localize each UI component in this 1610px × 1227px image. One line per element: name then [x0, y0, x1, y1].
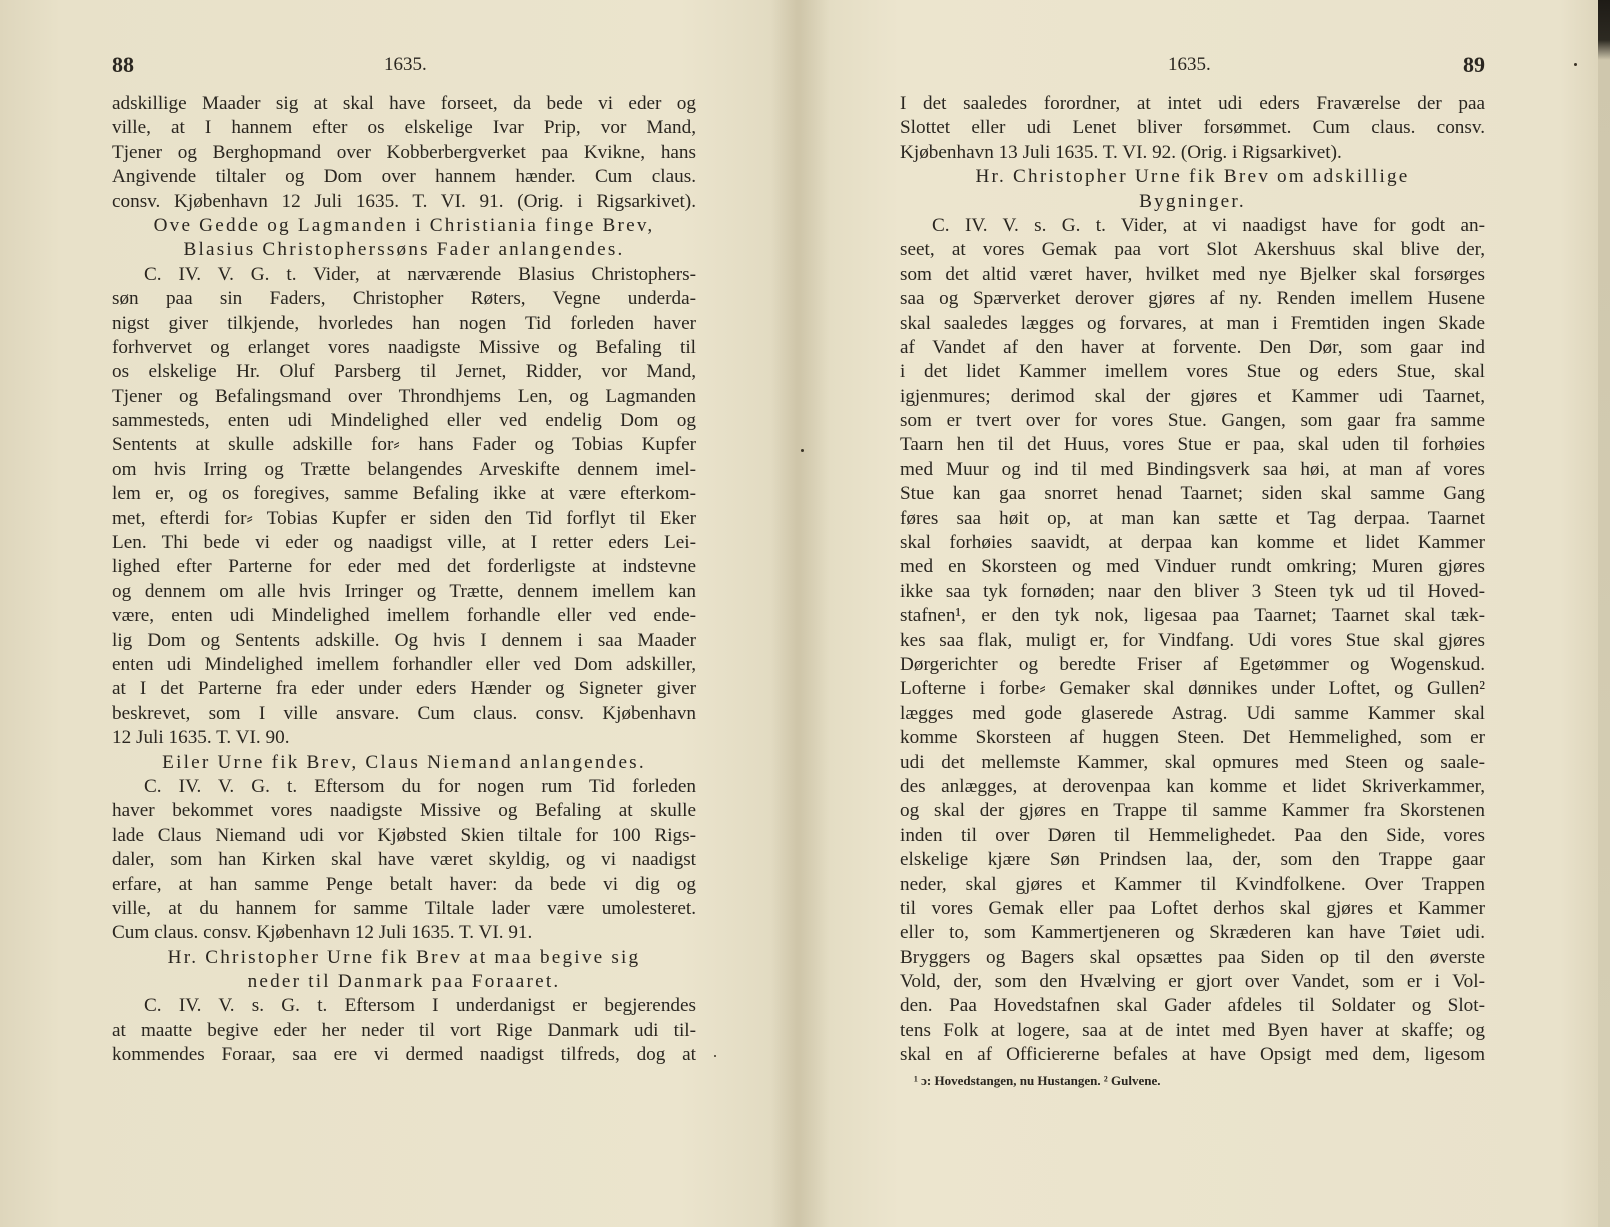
- text-line: Vold, der, som den Hvælving er gjort ove…: [900, 970, 1485, 994]
- text-line: og dennem om alle hvis Irringer og Trætt…: [112, 580, 696, 604]
- text-line: neder, skal gjøres et Kammer til Kvindfo…: [900, 873, 1485, 897]
- text-line: lighed efter Parterne for eder med det f…: [112, 555, 696, 579]
- entry-heading: Ove Gedde og Lagmanden i Christiania fin…: [112, 214, 696, 238]
- entry-heading: neder til Danmark paa Foraaret.: [112, 970, 696, 994]
- entry-heading: Hr. Christopher Urne fik Brev om adskill…: [900, 165, 1485, 189]
- page-edge: [1598, 0, 1610, 1227]
- text-line: daler, som han Kirken skal have været sk…: [112, 848, 696, 872]
- text-line: erfare, at han samme Penge betalt haver:…: [112, 873, 696, 897]
- text-line: os elskelige Hr. Oluf Parsberg til Jerne…: [112, 360, 696, 384]
- left-page-body: adskillige Maader sig at skal have forse…: [112, 92, 696, 1068]
- text-line: Bryggers og Bagers skal opsættes paa Sid…: [900, 946, 1485, 970]
- text-line: sammesteds, enten udi Mindelighed eller …: [112, 409, 696, 433]
- text-line: 12 Juli 1635. T. VI. 90.: [112, 726, 696, 750]
- text-line: Angivende tiltaler og Dom over hannem hæ…: [112, 165, 696, 189]
- text-line: at I det Parterne fra eder under eders H…: [112, 677, 696, 701]
- text-line: skal en af Officiererne befales at have …: [900, 1043, 1485, 1067]
- paper-speck: [801, 449, 804, 452]
- text-line: enten udi Mindelighed imellem forhandler…: [112, 653, 696, 677]
- text-line: saa og Spærverket derover gjøres af ny. …: [900, 287, 1485, 311]
- text-line: at maatte begive eder her neder til vort…: [112, 1019, 696, 1043]
- text-line: I det saaledes forordner, at intet udi e…: [900, 92, 1485, 116]
- text-line: føres saa høit op, at man kan sætte et T…: [900, 507, 1485, 531]
- right-page: 1635. 89 I det saaledes forordner, at in…: [900, 52, 1485, 1090]
- text-line: C. IV. V. G. t. Eftersom du for nogen ru…: [112, 775, 696, 799]
- text-line: C. IV. V. s. G. t. Eftersom I underdanig…: [112, 994, 696, 1018]
- text-line: i det lidet Kammer imellem vores Stue og…: [900, 360, 1485, 384]
- text-line: om hvis Irring og Trætte belangendes Arv…: [112, 458, 696, 482]
- text-line: tens Folk at logere, saa at de intet med…: [900, 1019, 1485, 1043]
- entry-heading: Blasius Christopherssøns Fader anlangend…: [112, 238, 696, 262]
- text-line: eller to, som Kammertjeneren og Skrædere…: [900, 921, 1485, 945]
- paper-speck: [714, 1055, 716, 1057]
- text-line: til vores Gemak eller paa Loftet derhos …: [900, 897, 1485, 921]
- text-line: inden til over Døren til Hemmelighedet. …: [900, 824, 1485, 848]
- text-line: lægges med gode glaserede Astrag. Udi sa…: [900, 702, 1485, 726]
- text-line: ikke saa tyk fornøden; naar den bliver 3…: [900, 580, 1485, 604]
- left-page-header: 88 1635.: [112, 52, 696, 82]
- text-line: ville, at du hannem for samme Tiltale la…: [112, 897, 696, 921]
- entry-heading: Hr. Christopher Urne fik Brev at maa beg…: [112, 946, 696, 970]
- left-page: 88 1635. adskillige Maader sig at skal h…: [112, 52, 696, 1068]
- text-line: beskrevet, som I ville ansvare. Cum clau…: [112, 702, 696, 726]
- text-line: som er tvert over for vores Stue. Gangen…: [900, 409, 1485, 433]
- text-line: Cum claus. consv. Kjøbenhavn 12 Juli 163…: [112, 921, 696, 945]
- text-line: udi det mellemste Kammer, skal opmures m…: [900, 751, 1485, 775]
- text-line: nigst giver tilkjende, hvorledes han nog…: [112, 312, 696, 336]
- text-line: seet, at vores Gemak paa vort Slot Akers…: [900, 238, 1485, 262]
- text-line: lem er, og os foregives, samme Befaling …: [112, 482, 696, 506]
- text-line: Tjener og Befalingsmand over Throndhjems…: [112, 385, 696, 409]
- text-line: komme Skorsteen af huggen Steen. Det Hem…: [900, 726, 1485, 750]
- text-line: Dørgerichter og beredte Friser af Egetøm…: [900, 653, 1485, 677]
- running-head: 1635.: [384, 54, 427, 76]
- text-line: som det altid været haver, hvilket med n…: [900, 263, 1485, 287]
- text-line: igjenmures; derimod skal der gjøres et K…: [900, 385, 1485, 409]
- entry-heading: Bygninger.: [900, 190, 1485, 214]
- text-line: ville, at I hannem efter os elskelige Iv…: [112, 116, 696, 140]
- text-line: med Muur og ind til med Bindingsverk saa…: [900, 458, 1485, 482]
- text-line: den. Paa Hovedstafnen skal Gader afdeles…: [900, 994, 1485, 1018]
- text-line: skal saaledes lægges og forvares, at man…: [900, 312, 1485, 336]
- page-number: 89: [1463, 52, 1485, 78]
- running-head: 1635.: [1168, 54, 1211, 76]
- text-line: Len. Thi bede vi eder og naadigst ville,…: [112, 531, 696, 555]
- book-spread: 88 1635. adskillige Maader sig at skal h…: [0, 0, 1610, 1227]
- text-line: søn paa sin Faders, Christopher Røters, …: [112, 287, 696, 311]
- text-line: forhvervet og erlanget vores naadigste M…: [112, 336, 696, 360]
- text-line: met, efterdi for⸗ Tobias Kupfer er siden…: [112, 507, 696, 531]
- text-line: med en Skorsteen og med Vinduer rundt om…: [900, 555, 1485, 579]
- paper-speck: [1574, 63, 1577, 66]
- right-page-header: 1635. 89: [900, 52, 1485, 82]
- text-line: og skal der gjøres en Trappe til samme K…: [900, 799, 1485, 823]
- right-page-body: I det saaledes forordner, at intet udi e…: [900, 92, 1485, 1068]
- text-line: skal forhøies saavidt, at derpaa kan kom…: [900, 531, 1485, 555]
- text-line: Kjøbenhavn 13 Juli 1635. T. VI. 92. (Ori…: [900, 141, 1485, 165]
- text-line: C. IV. V. s. G. t. Vider, at vi naadigst…: [900, 214, 1485, 238]
- text-line: consv. Kjøbenhavn 12 Juli 1635. T. VI. 9…: [112, 190, 696, 214]
- text-line: af Vandet af den haver at forvente. Den …: [900, 336, 1485, 360]
- text-line: Sentents at skulle adskille for⸗ hans Fa…: [112, 433, 696, 457]
- text-line: Slottet eller udi Lenet bliver forsømmet…: [900, 116, 1485, 140]
- text-line: Tjener og Berghopmand over Kobberbergver…: [112, 141, 696, 165]
- text-line: Lofterne i forbe⸗ Gemaker skal dønnikes …: [900, 677, 1485, 701]
- text-line: kommendes Foraar, saa ere vi dermed naad…: [112, 1043, 696, 1067]
- text-line: Taarn hen til det Huus, vores Stue er pa…: [900, 433, 1485, 457]
- text-line: elskelige kjære Søn Prindsen laa, der, s…: [900, 848, 1485, 872]
- text-line: lade Claus Niemand udi vor Kjøbsted Skie…: [112, 824, 696, 848]
- text-line: kes saa flak, muligt er, for Vindfang. U…: [900, 629, 1485, 653]
- text-line: lig Dom og Sentents adskille. Og hvis I …: [112, 629, 696, 653]
- text-line: adskillige Maader sig at skal have forse…: [112, 92, 696, 116]
- text-line: Stue kan gaa snorret henad Taarnet; side…: [900, 482, 1485, 506]
- footnote: ¹ ɔ: Hovedstangen, nu Hustangen. ² Gulve…: [900, 1072, 1485, 1090]
- page-number: 88: [112, 52, 134, 78]
- book-gutter: [770, 0, 830, 1227]
- entry-heading: Eiler Urne fik Brev, Claus Niemand anlan…: [112, 751, 696, 775]
- text-line: være, enten udi Mindelighed imellem forh…: [112, 604, 696, 628]
- text-line: des anlægges, at derovenpaa kan komme et…: [900, 775, 1485, 799]
- text-line: stafnen¹, er den tyk nok, ligesaa paa Ta…: [900, 604, 1485, 628]
- text-line: haver bekommet vores naadigste Missive o…: [112, 799, 696, 823]
- text-line: C. IV. V. G. t. Vider, at nærværende Bla…: [112, 263, 696, 287]
